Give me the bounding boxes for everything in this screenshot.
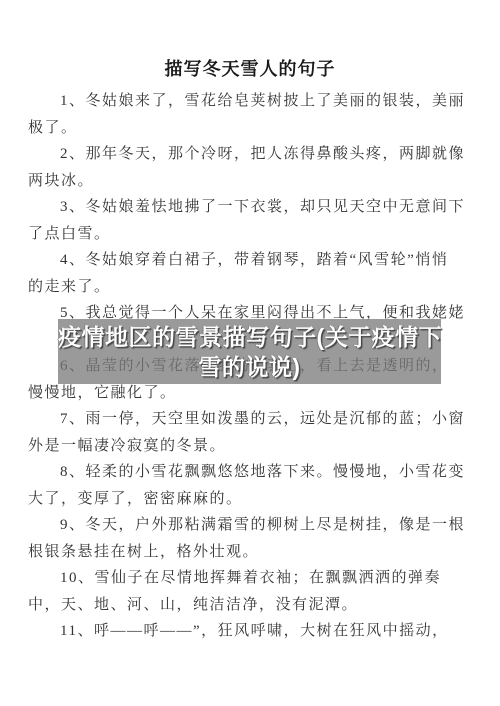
text-line: 8、轻柔的小雪花飘飘悠悠地落下来。慢慢地，小雪花变 [28,459,472,486]
text-line: 根银条悬挂在树上，格外壮观。 [28,539,472,566]
watermark-overlay: 疫情地区的雪景描写句子(关于疫情下 雪的说说) [58,319,441,384]
text-line: 外是一幅凄冷寂寞的冬景。 [28,433,472,460]
text-line: 4、冬姑娘穿着白裙子，带着钢琴，踏着“风雪轮”悄悄 [28,247,472,274]
text-line: 7、雨一停，天空里如泼墨的云，远处是沉郁的蓝；小窗 [28,406,472,433]
text-line: 两块冰。 [28,168,472,195]
text-line: 的走来了。 [28,274,472,301]
text-line: 极了。 [28,115,472,142]
text-line: 大了，变厚了，密密麻麻的。 [28,486,472,513]
page-title: 描写冬天雪人的句子 [28,56,472,82]
text-line: 1、冬姑娘来了，雪花给皂荚树披上了美丽的银装，美丽 [28,88,472,115]
text-line: 11、呼——呼——”，狂风呼啸，大树在狂风中摇动， [28,618,472,645]
text-line: 2、那年冬天，那个冷呀，把人冻得鼻酸头疼，两脚就像 [28,141,472,168]
text-line: 中，天、地、河、山，纯洁洁净，没有泥潭。 [28,592,472,619]
text-line: 3、冬姑娘羞怯地拂了一下衣裳，却只见天空中无意间下 [28,194,472,221]
watermark-text-line: 雪的说说) [58,352,441,382]
article-page: 描写冬天雪人的句子 1、冬姑娘来了，雪花给皂荚树披上了美丽的银装，美丽 极了。 … [0,0,500,706]
text-line: 10、雪仙子在尽情地挥舞着衣袖；在飘飘洒洒的弹奏 [28,565,472,592]
text-line: 了点白雪。 [28,221,472,248]
watermark-text-line: 疫情地区的雪景描写句子(关于疫情下 [58,322,441,352]
text-line: 9、冬天，户外那粘满霜雪的柳树上尽是树挂，像是一根 [28,512,472,539]
